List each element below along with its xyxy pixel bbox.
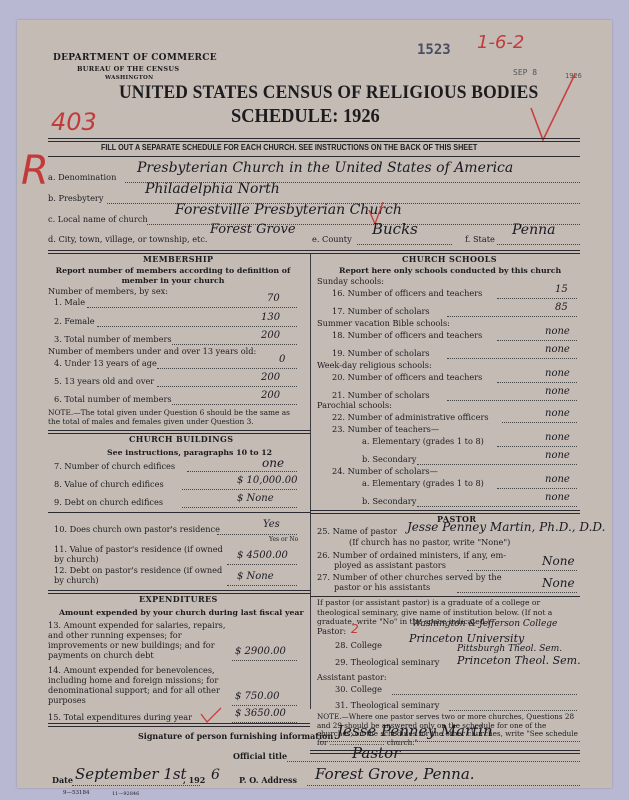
official-title-label: Official title (233, 751, 287, 761)
date-year-field[interactable]: 6 (211, 767, 220, 783)
admin-officers-label: 22. Number of administrative officers (332, 412, 489, 422)
state-label: f. State (465, 234, 495, 244)
scholars-elementary-label: a. Elementary (grades 1 to 8) (362, 478, 484, 488)
weekday-officers-field[interactable]: none (545, 368, 570, 379)
weekday-scholars-label: 21. Number of scholars (332, 390, 430, 400)
census-schedule-sheet: DEPARTMENT OF COMMERCE BUREAU OF THE CEN… (17, 20, 612, 788)
buildings-subtitle: See instructions, paragraphs 10 to 12 (107, 448, 272, 457)
members-by-sex-label: Number of members, by sex: (48, 286, 168, 296)
pastor-subdivider (310, 596, 580, 597)
pastor-name-field[interactable]: Jesse Penney Martin, Ph.D., D.D. (407, 520, 605, 534)
red-margin-mark: R (21, 148, 49, 194)
female-label: 2. Female (54, 316, 95, 326)
expenditures-title: EXPENDITURES (139, 594, 218, 604)
date-year-prefix: , 192 (183, 775, 205, 785)
teachers-label: 23. Number of teachers— (332, 424, 439, 434)
sunday-scholars-label: 17. Number of scholars (332, 306, 430, 316)
header-divider (48, 138, 580, 142)
edifices-count-label: 7. Number of church edifices (54, 461, 175, 471)
state-field[interactable]: Penna (512, 222, 555, 238)
city-label: d. City, town, village, or township, etc… (48, 234, 208, 244)
official-title-field[interactable]: Pastor (352, 744, 400, 762)
edifices-count-field[interactable]: one (262, 456, 284, 470)
scholars-secondary-label: b. Secondary (362, 496, 416, 506)
county-label: e. County (312, 234, 352, 244)
teachers-elementary-label: a. Elementary (grades 1 to 8) (362, 436, 484, 446)
buildings-subdivider (48, 512, 310, 513)
edifices-debt-field[interactable]: $ None (237, 493, 274, 504)
column-divider (310, 254, 311, 709)
county-field[interactable]: Bucks (372, 220, 418, 238)
college-label: 28. College (335, 640, 382, 650)
seminary-field-2[interactable]: Princeton Theol. Sem. (457, 654, 581, 667)
form-number-2: 11—92846 (112, 791, 139, 797)
edifices-value-field[interactable]: $ 10,000.00 (237, 475, 297, 486)
city-label: WASHINGTON (105, 75, 153, 81)
signature-field[interactable]: Jesse Penney Martin (337, 722, 493, 740)
pastor-bottom-divider (310, 750, 580, 754)
schedule-title: SCHEDULE: 1926 (231, 105, 380, 128)
red-pastor-annotation: 2 (351, 622, 359, 636)
bureau-label: BUREAU OF THE CENSUS (77, 65, 179, 73)
sunday-schools-label: Sunday schools: (317, 276, 384, 286)
date-field[interactable]: September 1st (75, 765, 187, 783)
city-field[interactable]: Forest Grove (210, 222, 296, 237)
assistant-pastor-label: Assistant pastor: (317, 672, 387, 682)
denomination-field[interactable]: Presbyterian Church in the United States… (137, 160, 513, 176)
male-count[interactable]: 70 (267, 293, 280, 304)
local-name-label: c. Local name of church (48, 214, 148, 224)
schools-subtitle: Report here only schools conducted by th… (339, 266, 561, 275)
pastor-college-section-label: Pastor: (317, 626, 346, 636)
section-divider (48, 250, 580, 254)
membership-subtitle: Report number of members according to de… (53, 266, 293, 286)
sunday-officers-label: 16. Number of officers and teachers (332, 288, 482, 298)
department-label: DEPARTMENT OF COMMERCE (53, 53, 217, 63)
summer-officers-label: 18. Number of officers and teachers (332, 330, 482, 340)
total-members-count[interactable]: 200 (261, 330, 280, 341)
red-check-expenditures-icon (199, 706, 223, 724)
female-count[interactable]: 130 (261, 312, 280, 323)
residence-value-label: 11. Value of pastor's residence (if owne… (54, 544, 224, 564)
membership-note: NOTE.—The total given under Question 6 s… (48, 408, 303, 426)
teachers-secondary-field[interactable]: none (545, 450, 570, 461)
pastor-name-hint: (If church has no pastor, write "None") (349, 537, 510, 547)
document-title: UNITED STATES CENSUS OF RELIGIOUS BODIES (119, 82, 538, 104)
scholars-secondary-field[interactable]: none (545, 492, 570, 503)
expenditures-bottom-divider (48, 723, 310, 727)
total-expenditures-field[interactable]: $ 3650.00 (235, 708, 286, 719)
red-annotation-top: 1-6-2 (477, 32, 524, 53)
presbytery-field[interactable]: Philadelphia North (145, 181, 280, 197)
assistant-ministers-label-2: ployed as assistant pastors (334, 560, 446, 570)
total-members-age-count[interactable]: 200 (261, 390, 280, 401)
presbytery-label: b. Presbytery (48, 193, 103, 203)
denomination-label: a. Denomination (48, 172, 116, 182)
po-address-field[interactable]: Forest Grove, Penna. (315, 765, 475, 783)
running-expenses-label: 13. Amount expended for salaries, repair… (48, 620, 228, 660)
other-churches-field[interactable]: None (542, 576, 575, 590)
college-field-1[interactable]: Washington & Jefferson College (412, 619, 557, 629)
benevolences-field[interactable]: $ 750.00 (235, 691, 280, 702)
summer-scholars-field[interactable]: none (545, 344, 570, 355)
male-label: 1. Male (54, 297, 85, 307)
admin-officers-field[interactable]: none (545, 408, 570, 419)
expenditures-subtitle: Amount expended by your church during la… (59, 608, 304, 617)
owns-residence-field[interactable]: Yes (263, 519, 280, 530)
other-churches-label-2: pastor or his assistants (334, 582, 430, 592)
weekday-officers-label: 20. Number of officers and teachers (332, 372, 482, 382)
membership-title: MEMBERSHIP (143, 254, 213, 264)
total-expenditures-label: 15. Total expenditures during year (48, 712, 192, 722)
total-members-age-label: 6. Total number of members (54, 394, 172, 404)
date-label: Date (17, 775, 73, 785)
scholars-label: 24. Number of scholars— (332, 466, 438, 476)
signature-label: Signature of person furnishing informati… (138, 731, 333, 741)
seminary-label: 29. Theological seminary (335, 657, 439, 667)
assistant-college-label: 30. College (335, 684, 382, 694)
form-number-1: 9—53184 (63, 790, 90, 796)
other-churches-label-1: 27. Number of other churches served by t… (317, 572, 502, 582)
sunday-officers-field[interactable]: 15 (555, 284, 568, 295)
pastor-name-label: 25. Name of pastor (317, 526, 397, 536)
parochial-schools-label: Parochial schools: (317, 400, 392, 410)
assistant-ministers-label-1: 26. Number of ordained ministers, if any… (317, 550, 506, 560)
instructions-banner: FILL OUT A SEPARATE SCHEDULE FOR EACH CH… (101, 143, 477, 152)
yes-no-hint: Yes or No (269, 536, 298, 543)
residence-value-field[interactable]: $ 4500.00 (237, 550, 288, 561)
teachers-elementary-field[interactable]: none (545, 432, 570, 443)
scholars-elementary-field[interactable]: none (545, 474, 570, 485)
weekday-scholars-field[interactable]: none (545, 386, 570, 397)
po-address-label: P. O. Address (239, 775, 297, 785)
edifices-value-label: 8. Value of church edifices (54, 479, 164, 489)
buildings-title: CHURCH BUILDINGS (129, 434, 233, 444)
weekday-schools-label: Week-day religious schools: (317, 360, 432, 370)
schools-title: CHURCH SCHOOLS (402, 254, 497, 264)
benevolences-label: 14. Amount expended for benevolences, in… (48, 665, 228, 705)
summer-schools-label: Summer vacation Bible schools: (317, 318, 450, 328)
running-expenses-field[interactable]: $ 2900.00 (235, 646, 286, 657)
sunday-scholars-field[interactable]: 85 (555, 302, 568, 313)
under-13-count[interactable]: 0 (279, 354, 285, 365)
total-members-label: 3. Total number of members (54, 334, 172, 344)
residence-debt-field[interactable]: $ None (237, 571, 274, 582)
assistant-seminary-label: 31. Theological seminary (335, 700, 439, 710)
owns-residence-label: 10. Does church own pastor's residence (54, 524, 220, 534)
seminary-field-1[interactable]: Pittsburgh Theol. Sem. (457, 644, 562, 654)
over-13-label: 5. 13 years old and over (54, 376, 154, 386)
teachers-secondary-label: b. Secondary (362, 454, 416, 464)
residence-debt-label: 12. Debt on pastor's residence (if owned… (54, 565, 224, 585)
instructions-divider (48, 156, 580, 157)
edifices-debt-label: 9. Debt on church edifices (54, 497, 163, 507)
under-13-label: 4. Under 13 years of age (54, 358, 157, 368)
red-number-annotation: 403 (51, 108, 97, 136)
summer-officers-field[interactable]: none (545, 326, 570, 337)
members-age-label: Number of members under and over 13 year… (48, 346, 256, 356)
assistant-ministers-field[interactable]: None (542, 554, 575, 568)
serial-number: 1523 (417, 42, 451, 58)
summer-scholars-label: 19. Number of scholars (332, 348, 430, 358)
over-13-count[interactable]: 200 (261, 372, 280, 383)
